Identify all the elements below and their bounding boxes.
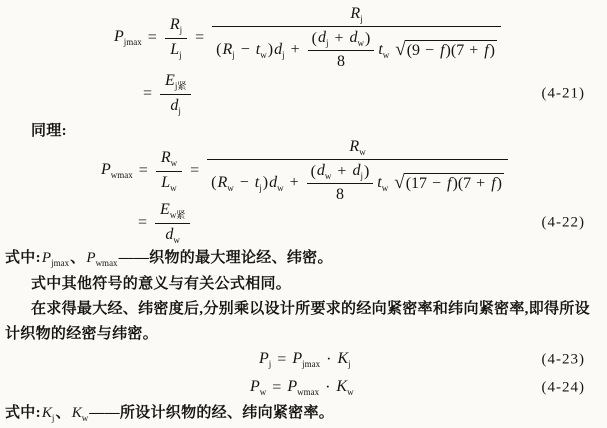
math-subscript: j紧: [175, 81, 187, 91]
math-operator: +: [291, 41, 300, 59]
math-text: 式中:: [5, 401, 41, 422]
equation-number-4-24: (4-24): [542, 380, 586, 397]
fraction-denominator: (Rj−tw)dj+(dj+dw)8tw√(9−f)(7+f): [212, 27, 501, 71]
math-var: dw: [350, 29, 365, 48]
equation-number-4-22: (4-22): [542, 215, 586, 232]
symbol-note-k: 式中:Kj、Kw——所设计织物的经、纬向紧密率。: [0, 401, 607, 423]
math-subscript: j: [52, 413, 55, 423]
math-operator: =: [139, 162, 148, 180]
paragraph-line-1: 在求得最大经、纬密度后,分别乘以设计所要求的经向紧密率和纬向紧密率,即得所设: [0, 296, 607, 318]
math-fraction: Ew紧dw: [155, 201, 190, 245]
radical-body: (17−f)(7+f): [404, 173, 504, 193]
tongli-label: 同理:: [31, 119, 67, 140]
math-subscript: wmax: [96, 258, 118, 268]
math-subscript: w紧: [170, 210, 186, 220]
fraction-denominator: (Rw−tj)dw+(dw+dj)8tw√(17−f)(7+f): [207, 160, 508, 204]
fraction-numerator: Rj: [212, 5, 501, 27]
math-var: Pwmax: [287, 378, 319, 397]
math-subscript: jmax: [302, 360, 320, 370]
math-subscript: wmax: [111, 171, 133, 181]
math-subscript: j: [360, 171, 363, 181]
math-sqrt: √(9−f)(7+f): [395, 40, 497, 60]
math-subscript: w: [325, 171, 332, 181]
math-subscript: j: [348, 360, 351, 370]
formula-pw: Pw=Pwmax·Kw: [249, 378, 355, 397]
paragraph-line-1-text: 在求得最大经、纬密度后,分别乘以设计所要求的经向紧密率和纬向紧密率,即得所设: [31, 297, 590, 318]
math-operator: =: [272, 379, 281, 397]
equation-4-22-line-1: Pwmax=RwLw=Rw(Rw−tj)dw+(dw+dj)8tw√(17−f)…: [0, 139, 607, 203]
math-var: Kj: [337, 350, 350, 369]
math-operator: −: [240, 174, 249, 192]
math-subscript: j: [180, 26, 183, 36]
math-text: ): [263, 174, 268, 192]
fraction-numerator: Ej紧: [160, 72, 191, 95]
math-text: 7: [463, 175, 471, 193]
math-var: dj: [274, 41, 285, 60]
math-text: (: [312, 30, 317, 48]
math-operator: +: [290, 174, 299, 192]
math-operator: ·: [325, 379, 330, 397]
formula-ew-over-dw: =Ew紧dw: [133, 201, 193, 245]
math-subscript: j: [232, 50, 235, 60]
math-subscript: w: [171, 159, 178, 169]
tongli-label-row: 同理:: [0, 118, 607, 140]
fraction-denominator: dw: [155, 224, 190, 245]
math-var: dj: [170, 97, 181, 116]
math-fraction: RjLj: [165, 16, 187, 59]
math-subscript: w: [260, 50, 267, 60]
math-operator: =: [138, 214, 147, 232]
math-text: ): [365, 30, 370, 48]
symbol-note-pmax-text: 式中:Pjmax、Pwmax——织物的最大理论经、纬密。: [5, 246, 333, 268]
radical-body: (9−f)(7+f): [405, 40, 497, 60]
math-var: Pjmax: [42, 250, 69, 268]
math-var: tw: [377, 174, 388, 193]
math-var: Lj: [170, 41, 181, 60]
equation-4-21-line-1: Pjmax=RjLj=Rj(Rj−tw)dj+(dj+dw)8tw√(9−f)(…: [0, 6, 607, 70]
math-var: f: [491, 175, 495, 193]
math-var: dw: [269, 174, 284, 193]
math-var: f: [447, 175, 451, 193]
math-text: 、: [55, 401, 70, 422]
math-text: ): [364, 163, 369, 181]
math-text: ): [490, 42, 495, 60]
math-subscript: w: [170, 183, 177, 193]
math-var: Pwmax: [86, 250, 117, 268]
math-subscript: j: [259, 183, 262, 193]
fraction-denominator: dj: [160, 95, 191, 116]
math-subscript: w: [260, 388, 267, 398]
math-fraction: RwLw: [156, 149, 182, 192]
math-var: f: [440, 42, 444, 60]
equation-4-21-line-2: =Ej紧dj (4-21): [0, 71, 607, 117]
math-var: dw: [165, 226, 180, 245]
math-operator: −: [241, 41, 250, 59]
math-subscript: jmax: [124, 38, 142, 48]
math-text: 8: [337, 53, 345, 71]
equation-number-4-21: (4-21): [542, 86, 586, 103]
formula-ej-over-dj: =Ej紧dj: [138, 72, 194, 116]
math-subscript: w: [277, 183, 284, 193]
math-text: ): [268, 41, 273, 59]
math-operator: =: [190, 162, 199, 180]
math-subscript: j: [178, 106, 181, 116]
math-subscript: j: [269, 360, 272, 370]
math-var: Pjmax: [114, 28, 142, 47]
math-text: (: [311, 163, 316, 181]
math-text: 、: [70, 246, 85, 267]
math-text: 9: [412, 42, 420, 60]
math-var: Kj: [42, 405, 55, 423]
equation-4-24: Pw=Pwmax·Kw (4-24): [0, 375, 607, 401]
math-fraction: Rw(Rw−tj)dw+(dw+dj)8tw√(17−f)(7+f): [207, 138, 508, 204]
math-text: ——织物的最大理论经、纬密。: [119, 246, 333, 267]
math-var: Kw: [72, 405, 89, 423]
math-operator: =: [277, 351, 286, 369]
math-operator: +: [337, 163, 346, 181]
math-subscript: w: [382, 183, 389, 193]
equation-4-22-line-2: =Ew紧dw (4-22): [0, 201, 607, 245]
fraction-numerator: (dw+dj): [307, 162, 374, 184]
fraction-denominator: Lw: [156, 172, 182, 193]
math-var: Pwmax: [101, 161, 133, 180]
math-var: Ew紧: [160, 201, 185, 221]
math-subscript: w: [383, 50, 390, 60]
math-var: Rw: [217, 174, 233, 193]
math-subscript: w: [358, 38, 365, 48]
math-fraction: Rj(Rj−tw)dj+(dj+dw)8tw√(9−f)(7+f): [212, 5, 501, 71]
math-subscript: j: [282, 50, 285, 60]
math-subscript: j: [360, 14, 363, 24]
math-operator: +: [334, 30, 343, 48]
formula-pjmax: Pjmax=RjLj=Rj(Rj−tw)dj+(dj+dw)8tw√(9−f)(…: [113, 5, 504, 71]
symbol-note-other-text: 式中其他符号的意义与有关公式相同。: [31, 272, 291, 293]
paragraph-line-2-text: 计织物的经密与纬密。: [5, 322, 158, 343]
math-text: ): [497, 175, 502, 193]
math-var: Rw: [349, 138, 365, 157]
formula-pwmax: Pwmax=RwLw=Rw(Rw−tj)dw+(dw+dj)8tw√(17−f)…: [100, 138, 511, 204]
math-fraction: (dj+dw)8: [308, 29, 375, 71]
math-subscript: jmax: [51, 258, 69, 268]
fraction-denominator: 8: [308, 51, 375, 71]
math-var: tw: [256, 41, 267, 60]
math-text: ——所设计织物的经、纬向紧密率。: [89, 401, 334, 422]
formula-pj: Pj=Pjmax·Kj: [258, 350, 352, 369]
math-text: (: [211, 174, 216, 192]
math-var: Rj: [170, 16, 182, 35]
math-sqrt: √(17−f)(7+f): [394, 173, 504, 193]
math-fraction: (dw+dj)8: [307, 162, 374, 204]
math-subscript: w: [82, 413, 89, 423]
math-subscript: j: [326, 38, 329, 48]
math-var: Pjmax: [292, 350, 320, 369]
math-var: tw: [378, 41, 389, 60]
math-operator: +: [469, 42, 478, 60]
paragraph-line-2: 计织物的经密与纬密。: [0, 321, 607, 343]
equation-number-4-23: (4-23): [542, 352, 586, 369]
math-operator: +: [476, 175, 485, 193]
math-text: 7: [456, 42, 464, 60]
fraction-numerator: (dj+dw): [308, 29, 375, 51]
symbol-note-other: 式中其他符号的意义与有关公式相同。: [0, 271, 607, 293]
math-var: dj: [318, 29, 329, 48]
math-var: Lw: [161, 174, 176, 193]
fraction-numerator: Ew紧: [155, 201, 190, 224]
math-var: Ej紧: [165, 72, 186, 92]
math-subscript: w: [347, 388, 354, 398]
symbol-note-k-text: 式中:Kj、Kw——所设计织物的经、纬向紧密率。: [5, 401, 334, 423]
math-var: dw: [317, 162, 332, 181]
math-var: Pw: [250, 378, 266, 397]
math-operator: =: [143, 85, 152, 103]
math-var: Rj: [222, 41, 234, 60]
math-var: Rj: [350, 5, 362, 24]
math-operator: −: [425, 42, 434, 60]
math-var: Pj: [259, 350, 271, 369]
fraction-denominator: Lj: [165, 39, 187, 60]
math-fraction: Ej紧dj: [160, 72, 191, 116]
math-subscript: w: [359, 147, 366, 157]
math-subscript: wmax: [297, 388, 319, 398]
math-operator: =: [148, 29, 157, 47]
math-operator: −: [432, 175, 441, 193]
math-var: f: [484, 42, 488, 60]
math-operator: =: [195, 29, 204, 47]
fraction-numerator: Rw: [207, 138, 508, 160]
math-text: 式中:: [5, 246, 41, 267]
math-subscript: j: [179, 50, 182, 60]
math-var: Rw: [161, 149, 177, 168]
math-subscript: w: [173, 235, 180, 245]
math-operator: ·: [326, 351, 331, 369]
fraction-numerator: Rw: [156, 149, 182, 171]
math-subscript: w: [227, 183, 234, 193]
document-page: Pjmax=RjLj=Rj(Rj−tw)dj+(dj+dw)8tw√(9−f)(…: [0, 0, 607, 428]
math-text: (: [216, 41, 221, 59]
math-text: 17: [411, 175, 427, 193]
fraction-numerator: Rj: [165, 16, 187, 38]
math-var: Kw: [336, 378, 353, 397]
equation-4-23: Pj=Pjmax·Kj (4-23): [0, 347, 607, 373]
math-var: tj: [255, 174, 262, 193]
math-var: dj: [352, 162, 363, 181]
symbol-note-pmax: 式中:Pjmax、Pwmax——织物的最大理论经、纬密。: [0, 246, 607, 268]
